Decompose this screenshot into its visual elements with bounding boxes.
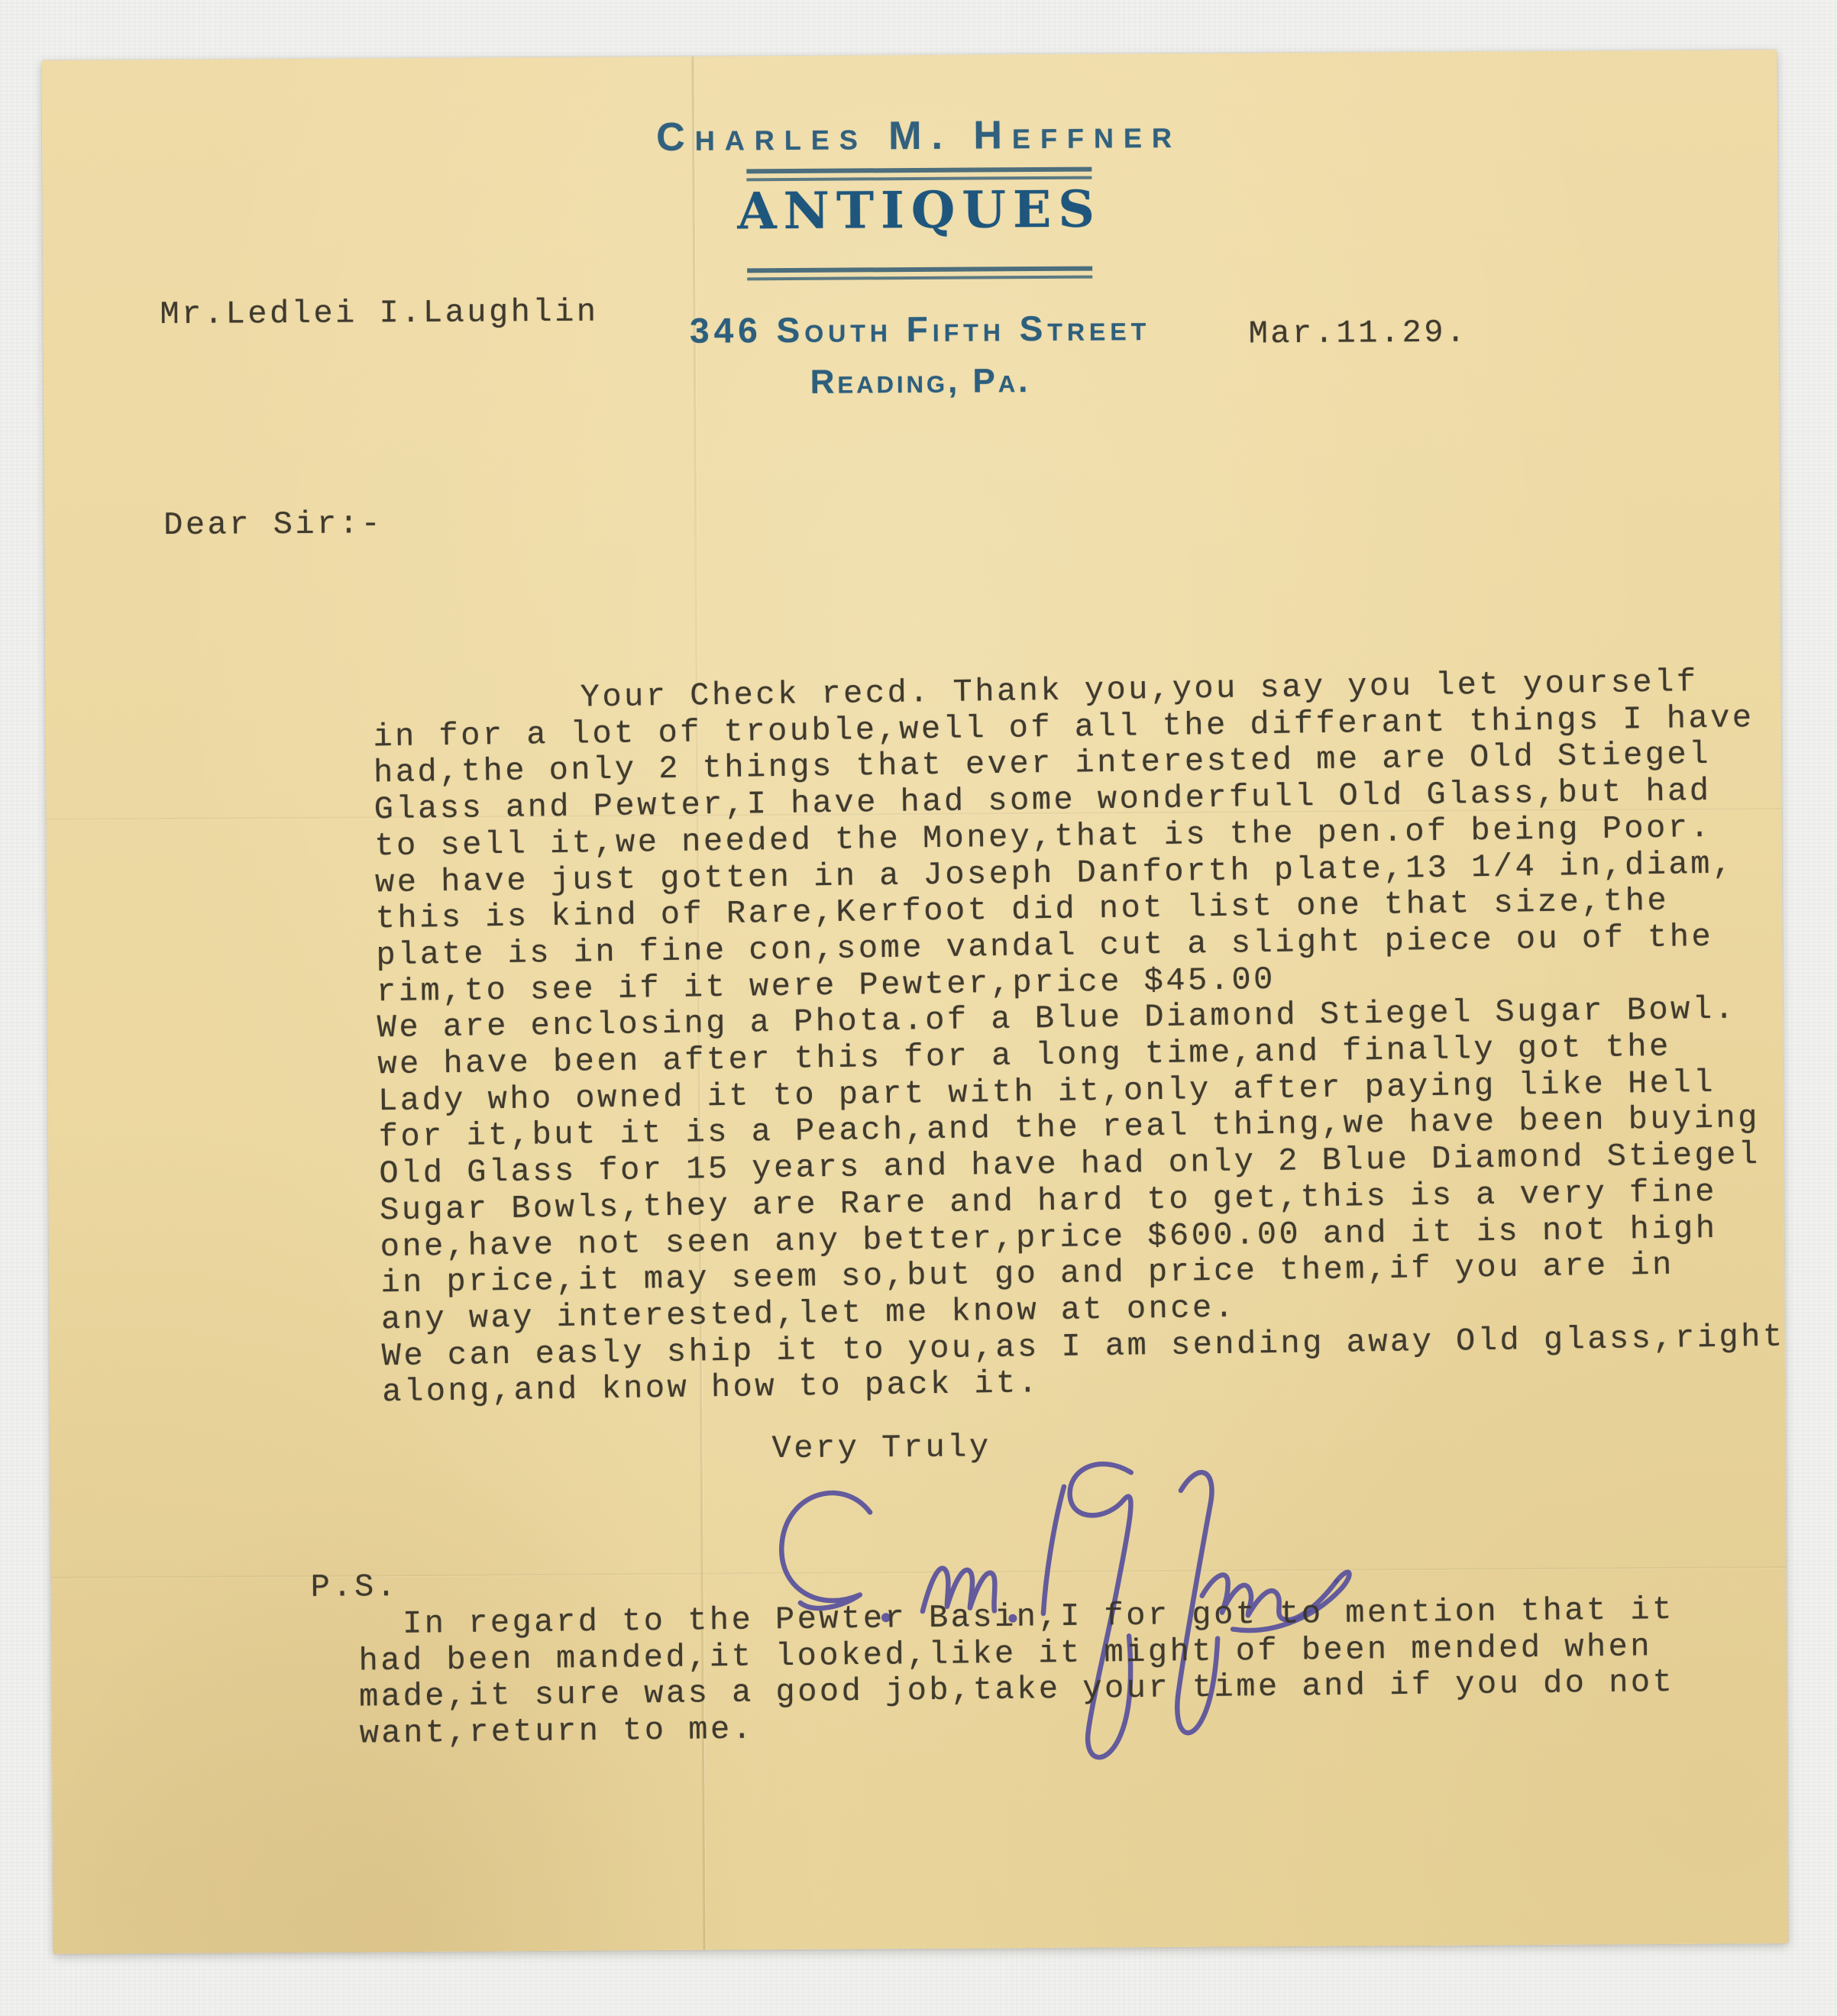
letter-body: Your Check recd. Thank you,you say you l… xyxy=(372,663,1837,1412)
typed-recipient-name: Mr.Ledlei I.Laughlin xyxy=(160,294,598,334)
letterhead-double-rule-bottom xyxy=(747,267,1092,281)
letterhead: Charles M. Heffner ANTIQUES 346 South Fi… xyxy=(42,111,1779,404)
photo-of-letter: { "document_type": "typewritten letter o… xyxy=(0,0,1837,2016)
letterhead-proprietor-name: Charles M. Heffner xyxy=(60,111,1777,161)
letter-paper: Charles M. Heffner ANTIQUES 346 South Fi… xyxy=(41,50,1788,1954)
typed-date: Mar.11.29. xyxy=(1249,315,1468,353)
postscript-label: P.S. xyxy=(311,1569,399,1606)
typed-salutation: Dear Sir:- xyxy=(163,506,383,544)
letterhead-business-title: ANTIQUES xyxy=(60,179,1777,241)
postscript-body: In regard to the Pewter Basin,I for got … xyxy=(358,1591,1735,1753)
typed-closing: Very Truly xyxy=(771,1429,991,1467)
letterhead-city-state: Reading, Pa. xyxy=(62,360,1779,404)
